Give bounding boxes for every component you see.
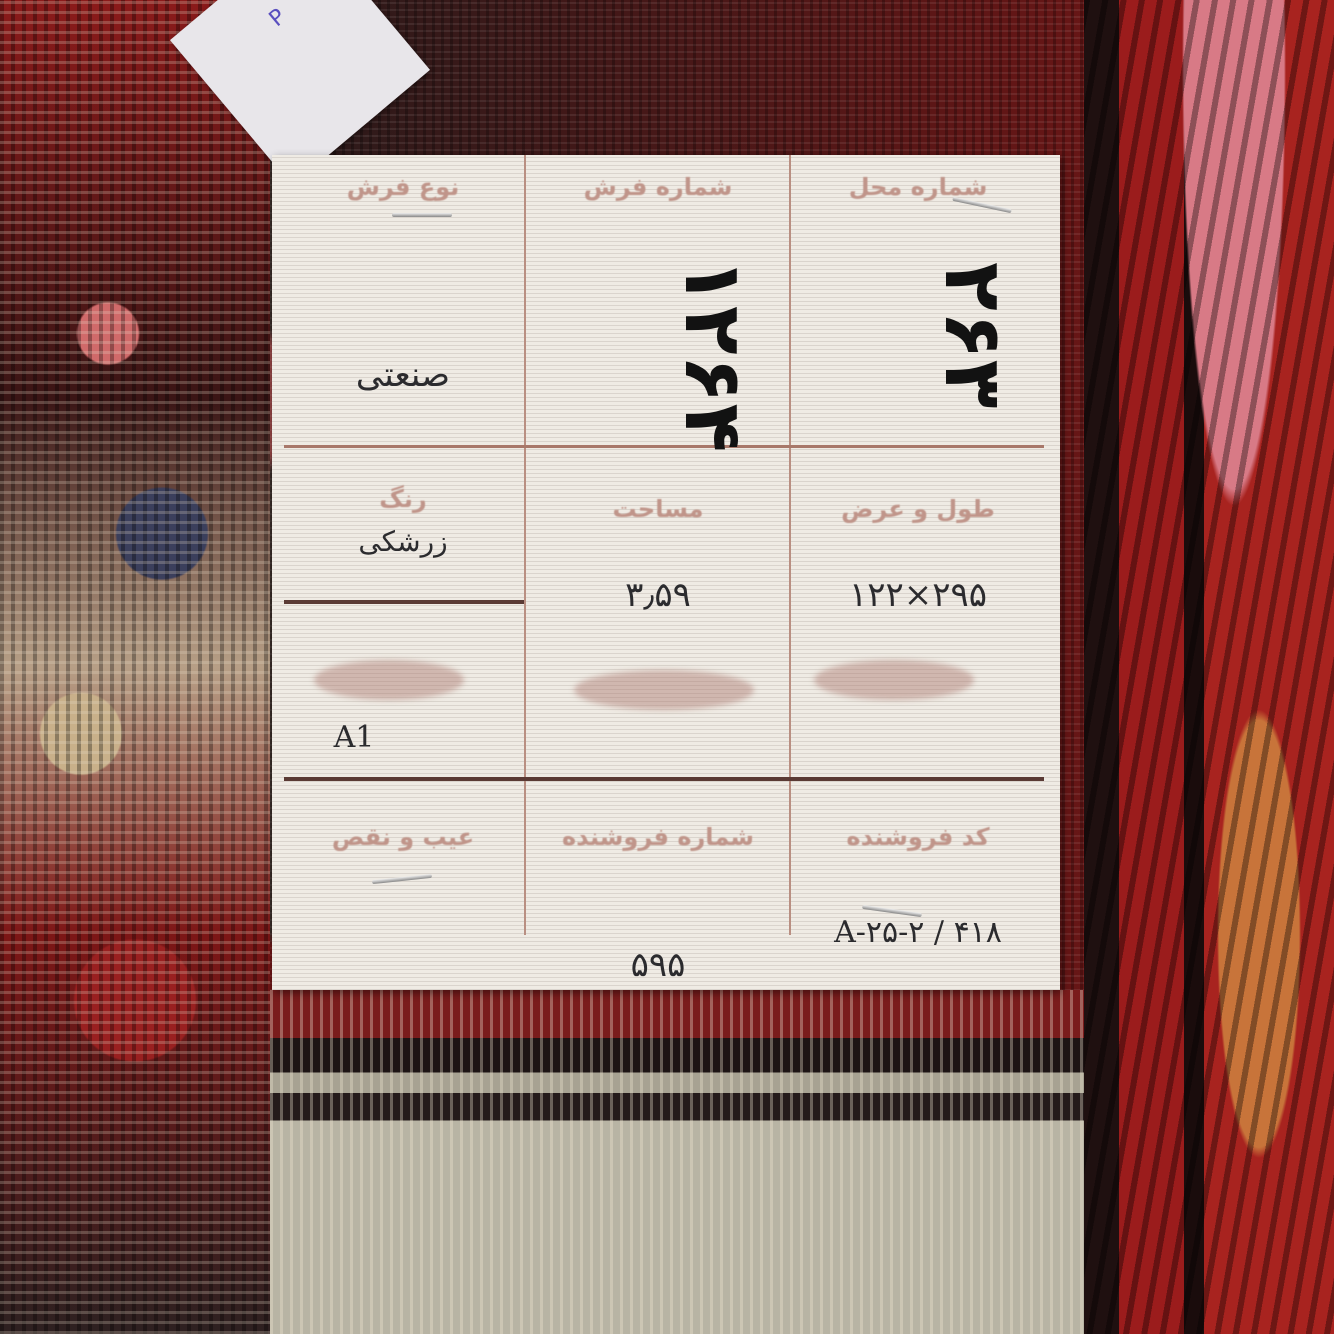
value-seller-number: ۵۹۵ — [534, 945, 782, 985]
header-defects: عیب و نقص — [279, 823, 527, 851]
smudged-header — [314, 660, 464, 700]
header-location-number: شماره محل — [794, 173, 1042, 201]
header-rug-type: نوع فرش — [279, 173, 527, 201]
grid-divider — [284, 777, 1044, 781]
header-seller-number: شماره فروشنده — [534, 823, 782, 851]
smudged-header — [814, 660, 974, 700]
corner-tag-text: P — [265, 4, 291, 32]
grid-divider — [284, 600, 524, 604]
rug-background-bottom — [270, 990, 1084, 1334]
value-location-number: ۲۶۳ — [794, 225, 1014, 445]
grid-divider — [789, 155, 791, 935]
value-rug-type: صنعتی — [279, 355, 527, 395]
value-area: ۳٫۵۹ — [534, 575, 782, 615]
label-grid: شماره محل شماره فرش نوع فرش ۲۶۳ ۱۲۶۴ صنع… — [284, 155, 1050, 945]
header-seller-code: کد فروشنده — [794, 823, 1042, 851]
value-seller-code: ۴۱۸ / ۲۵-۲-A — [794, 915, 1042, 950]
smudged-header — [574, 670, 754, 710]
value-rug-number: ۱۲۶۴ — [554, 215, 754, 495]
header-area: مساحت — [534, 495, 782, 523]
rug-label: شماره محل شماره فرش نوع فرش ۲۶۳ ۱۲۶۴ صنع… — [272, 155, 1060, 990]
rug-background-left — [0, 0, 270, 1334]
rug-background-right — [1084, 0, 1334, 1334]
header-color: رنگ — [279, 485, 527, 513]
value-dimensions: ۲۹۵×۱۲۲ — [794, 575, 1042, 615]
header-rug-number: شماره فرش — [534, 173, 782, 201]
value-discount: A1 — [294, 720, 414, 755]
header-dimensions: طول و عرض — [794, 495, 1042, 523]
staple — [392, 213, 452, 217]
value-color: زرشکی — [279, 525, 527, 558]
